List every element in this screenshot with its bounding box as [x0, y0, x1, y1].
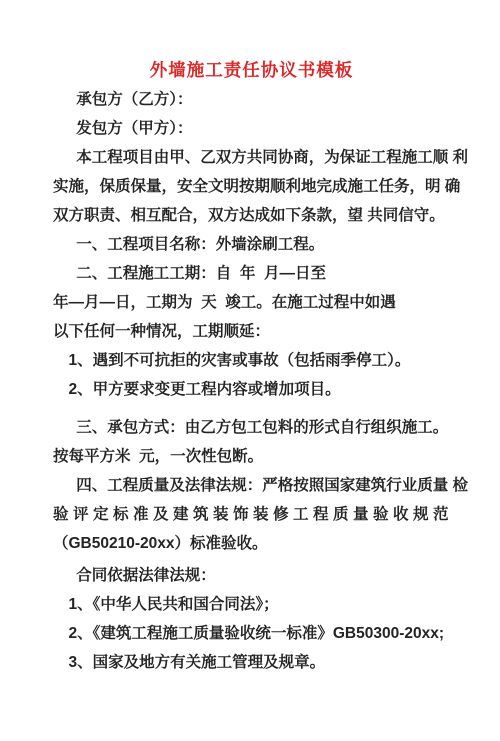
clause-2-line: 以下任何一种情况，工期顺延： — [53, 317, 450, 346]
clause-2-line: 年—月—日，工期为 天 竣工。在施工过程中如遇 — [53, 288, 450, 317]
legal-basis-item-line: 2、《建筑工程施工质量验收统一标准》GB50300-20xx; — [53, 619, 450, 648]
legal-basis-item-line: 1、《中华人民共和国合同法》； — [53, 590, 450, 619]
document-title: 外墙施工责任协议书模板 — [53, 56, 450, 85]
preamble-line: 本工程项目由甲、乙双方共同协商，为保证工程施工顺 利 — [53, 143, 450, 172]
clause-4-line: 验评定标准及建筑装饰装修工程质量验收规范 — [53, 500, 450, 529]
clause-4-line: （GB50210-20xx）标准验收。 — [53, 529, 450, 558]
clause-1-line: 一、工程项目名称：外墙涂刷工程。 — [53, 230, 450, 259]
preamble-line: 实施，保质保量，安全文明按期顺利地完成施工任务，明 确 — [53, 172, 450, 201]
legal-basis-item-line: 3、国家及地方有关施工管理及规章。 — [53, 648, 450, 677]
employer-line: 发包方（甲方）： — [53, 114, 450, 143]
clause-2-item-line: 1、遇到不可抗拒的灾害或事故（包括雨季停工）。 — [53, 346, 450, 375]
clause-2-line: 二、工程施工工期：自 年 月—日至 — [53, 259, 450, 288]
clause-3-line: 三、承包方式：由乙方包工包料的形式自行组织施工。 — [53, 413, 450, 442]
preamble-line: 双方职责、相互配合，双方达成如下条款，望 共同信守。 — [53, 201, 450, 230]
document-page: 外墙施工责任协议书模板 承包方（乙方）： 发包方（甲方）： 本工程项目由甲、乙双… — [0, 0, 500, 741]
clause-3-line: 按每平方米 元，一次性包断。 — [53, 442, 450, 471]
legal-basis-heading-line: 合同依据法律法规： — [53, 561, 450, 590]
contractor-line: 承包方（乙方）： — [53, 85, 450, 114]
clause-4-line: 四、工程质量及法律法规：严格按照国家建筑行业质量 检 — [53, 471, 450, 500]
clause-2-item-line: 2、甲方要求变更工程内容或增加项目。 — [53, 375, 450, 404]
